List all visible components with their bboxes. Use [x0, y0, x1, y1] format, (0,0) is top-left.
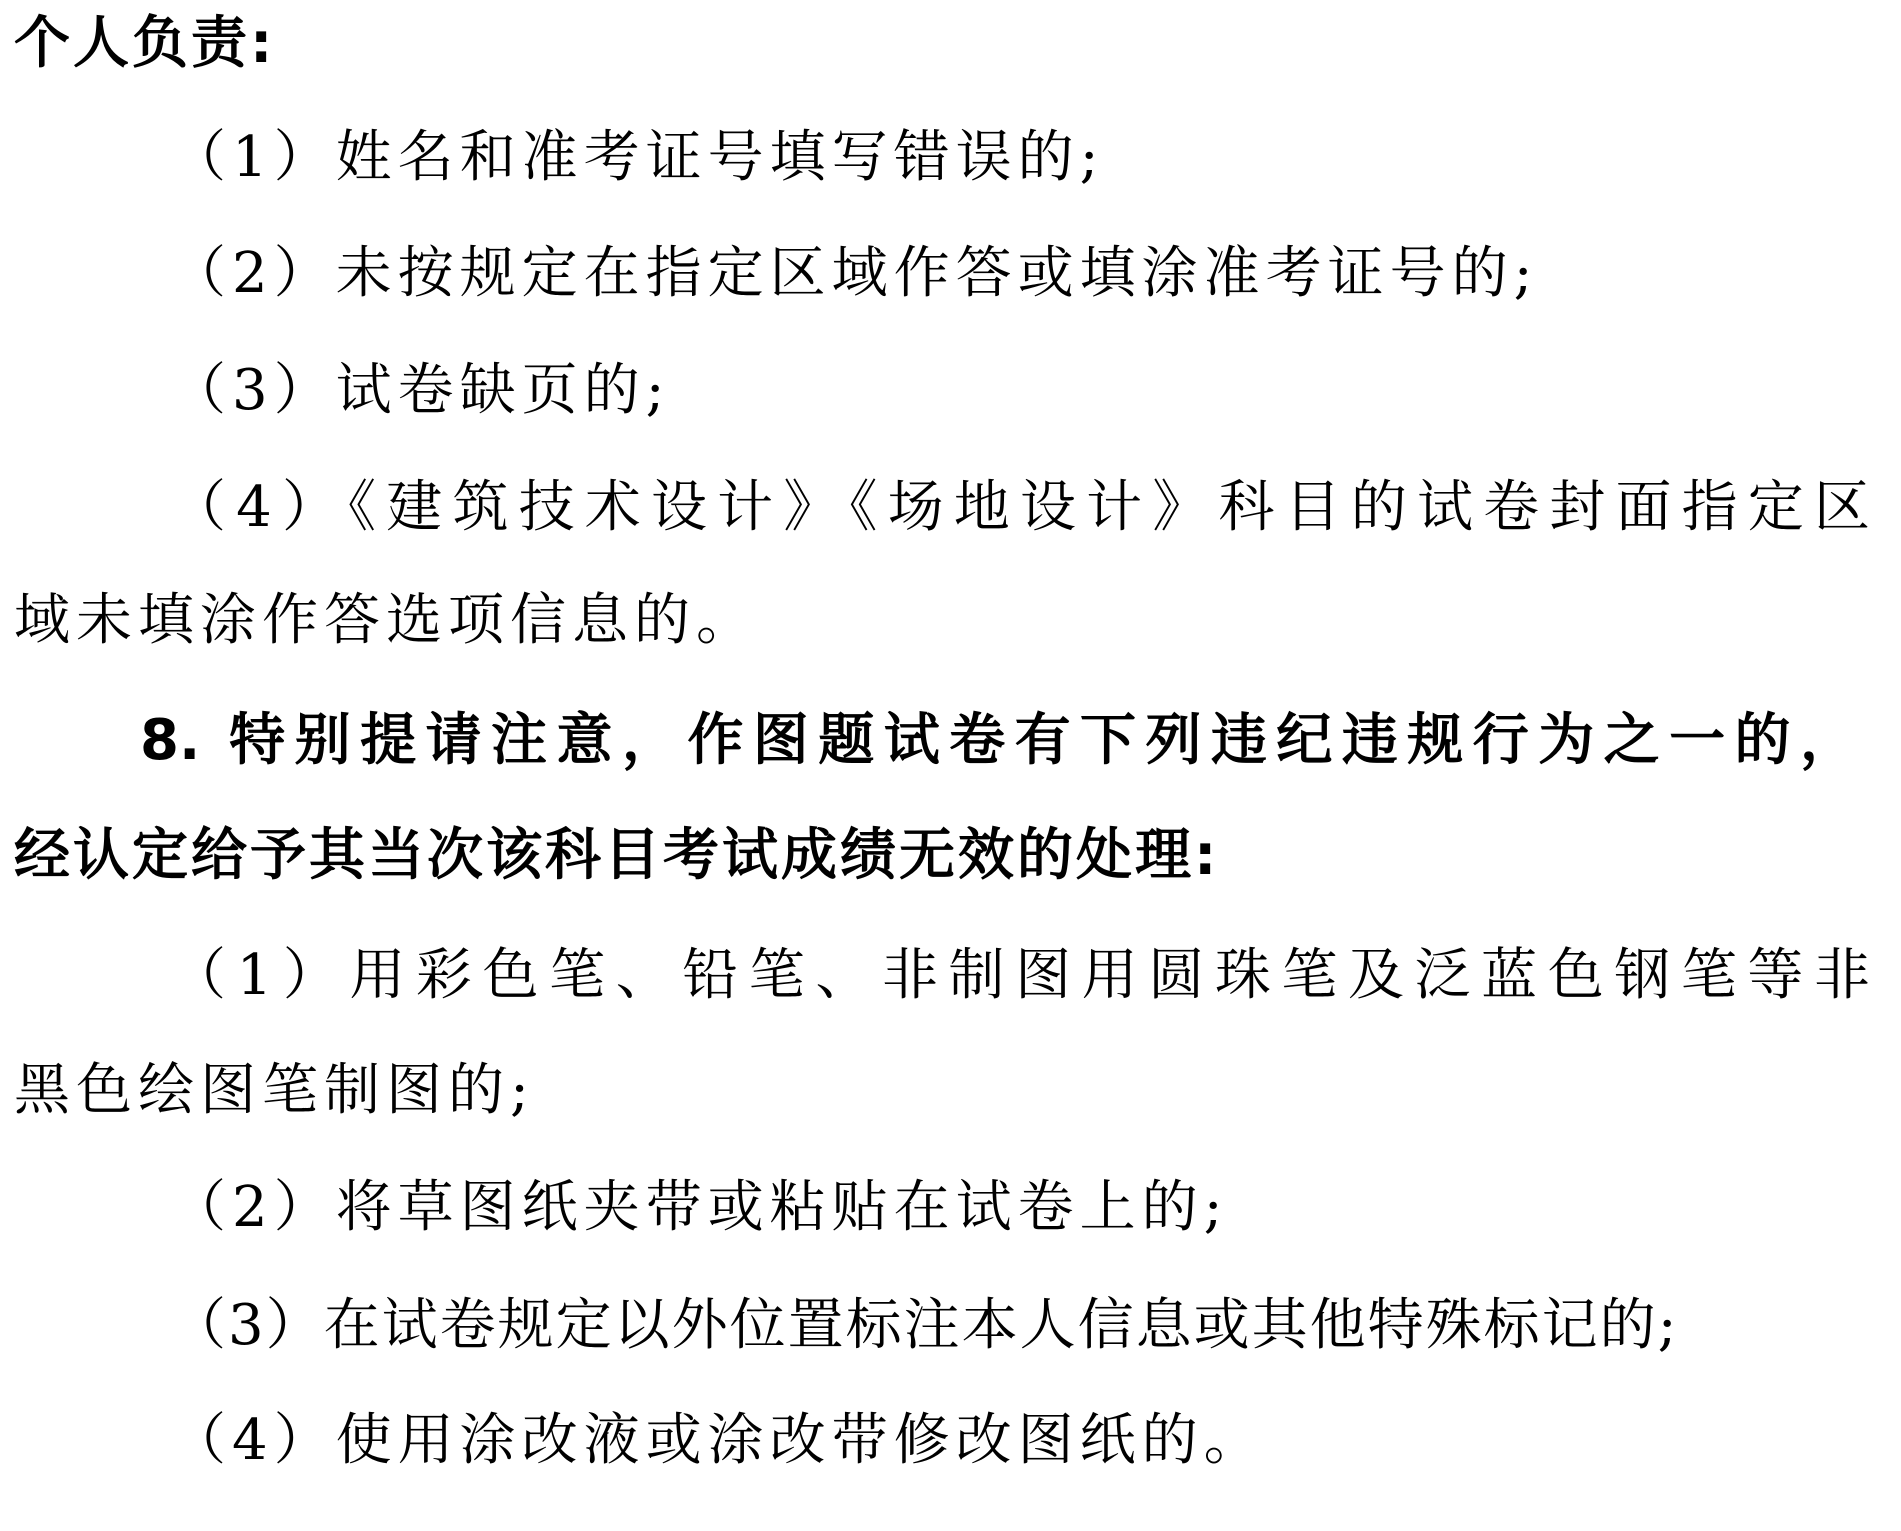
list-item-a2: （2）未按规定在指定区域作答或填涂准考证号的; [170, 238, 1539, 310]
list-item-a1: （1）姓名和准考证号填写错误的; [170, 122, 1105, 194]
list-item-b1-line2: 黑色绘图笔制图的; [14, 1055, 535, 1127]
list-item-b2: （2）将草图纸夹带或粘贴在试卷上的; [170, 1172, 1229, 1244]
document-page: 个人负责: （1）姓名和准考证号填写错误的; （2）未按规定在指定区域作答或填涂… [0, 0, 1901, 1531]
section-8-title-line1: 8. 特别提请注意，作图题试卷有下列违纪违规行为之一的， [140, 705, 1856, 777]
list-item-b4: （4）使用涂改液或涂改带修改图纸的。 [170, 1405, 1266, 1477]
list-item-a4-line2: 域未填涂作答选项信息的。 [14, 585, 758, 657]
list-item-a4-line1: （4）《建筑技术设计》《场地设计》科目的试卷封面指定区 [170, 472, 1870, 544]
list-item-b1-line1: （1）用彩色笔、铅笔、非制图用圆珠笔及泛蓝色钢笔等非 [170, 940, 1870, 1012]
list-item-a3: （3）试卷缺页的; [170, 355, 671, 427]
section-heading-personal-responsibility: 个人负责: [14, 8, 275, 80]
section-8-title-line2: 经认定给予其当次该科目考试成绩无效的处理: [14, 820, 1219, 892]
list-item-b3: （3）在试卷规定以外位置标注本人信息或其他特殊标记的; [170, 1290, 1679, 1362]
